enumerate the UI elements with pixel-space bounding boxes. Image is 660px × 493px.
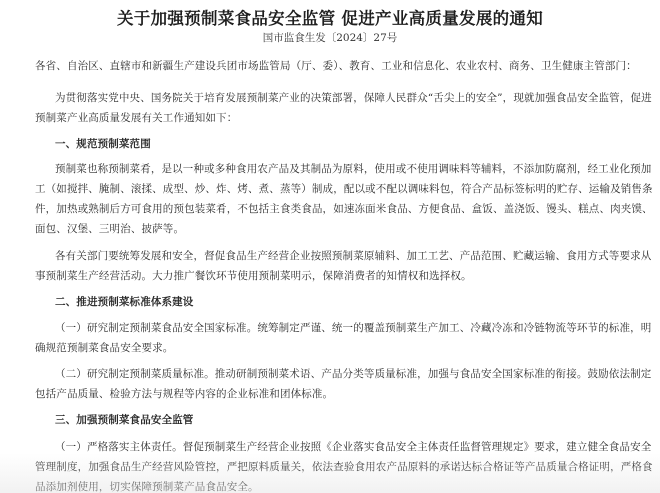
section-3-para-1-line-1: （一）严格落实主体责任。督促预制菜生产经营企业按照《企业落实食品安全主体责任监督…	[55, 440, 622, 454]
intro-line-2: 预制菜产业高质量发展有关工作通知如下：	[35, 111, 237, 125]
intro-line-1: 为贯彻落实党中央、国务院关于培育发展预制菜产业的决策部署，保障人民群众“舌尖上的…	[55, 91, 622, 105]
section-2-para-2-line-1: （二）研究制定预制菜质量标准。推动研制预制菜术语、产品分类等质量标准，加强与食品…	[55, 367, 622, 381]
section-3-para-1-line-3: 品添加剂使用，切实保障预制菜产品食品安全。	[35, 480, 259, 493]
document-number: 国市监食生发〔2024〕27号	[0, 30, 660, 45]
section-2-heading: 二、推进预制菜标准体系建设	[55, 295, 193, 309]
section-2-para-2-line-2: 包括产品质量、检验方法与规程等内容的企业标准和团体标准。	[35, 387, 333, 401]
section-1-para-2-line-2: 事预制菜生产经营活动。大力推广餐饮环节使用预制菜明示，保障消费者的知情权和选择权…	[35, 269, 472, 283]
section-2-para-1-line-2: 确规范预制菜食品安全要求。	[35, 341, 173, 355]
section-1-para-1-line-4: 面包、汉堡、三明治、披萨等。	[35, 222, 184, 236]
section-3-heading: 三、加强预制菜食品安全监管	[55, 413, 193, 427]
section-1-para-1-line-3: 件，加热或熟制后方可食用的预包装菜肴，不包括主食类食品，如速冻面米食品、方便食品…	[35, 202, 622, 216]
section-3-para-1-line-2: 管理制度，加强食品生产经营风险管控，严把原料质量关，依法查验食用农产品原料的承诺…	[35, 460, 622, 474]
section-1-para-2-line-1: 各有关部门要统筹发展和安全，督促食品生产经营企业按照预制菜原辅料、加工工艺、产品…	[55, 249, 622, 263]
document-page: 关于加强预制菜食品安全监管 促进产业高质量发展的通知 国市监食生发〔2024〕2…	[0, 0, 660, 493]
document-title: 关于加强预制菜食品安全监管 促进产业高质量发展的通知	[0, 5, 660, 29]
section-2-para-1-line-1: （一）研究制定预制菜食品安全国家标准。统筹制定严谨、统一的覆盖预制菜生产加工、冷…	[55, 321, 622, 335]
section-1-para-1-line-1: 预制菜也称预制菜肴，是以一种或多种食用农产品及其制品为原料，使用或不使用调味料等…	[55, 162, 622, 176]
section-1-heading: 一、规范预制菜范围	[55, 137, 151, 151]
section-1-para-1-line-2: 工（如搅拌、腌制、滚揉、成型、炒、炸、烤、煮、蒸等）制成，配以或不配以调味料包，…	[35, 182, 622, 196]
addressee: 各省、自治区、直辖市和新疆生产建设兵团市场监管局（厅、委）、教育、工业和信息化、…	[35, 59, 637, 73]
